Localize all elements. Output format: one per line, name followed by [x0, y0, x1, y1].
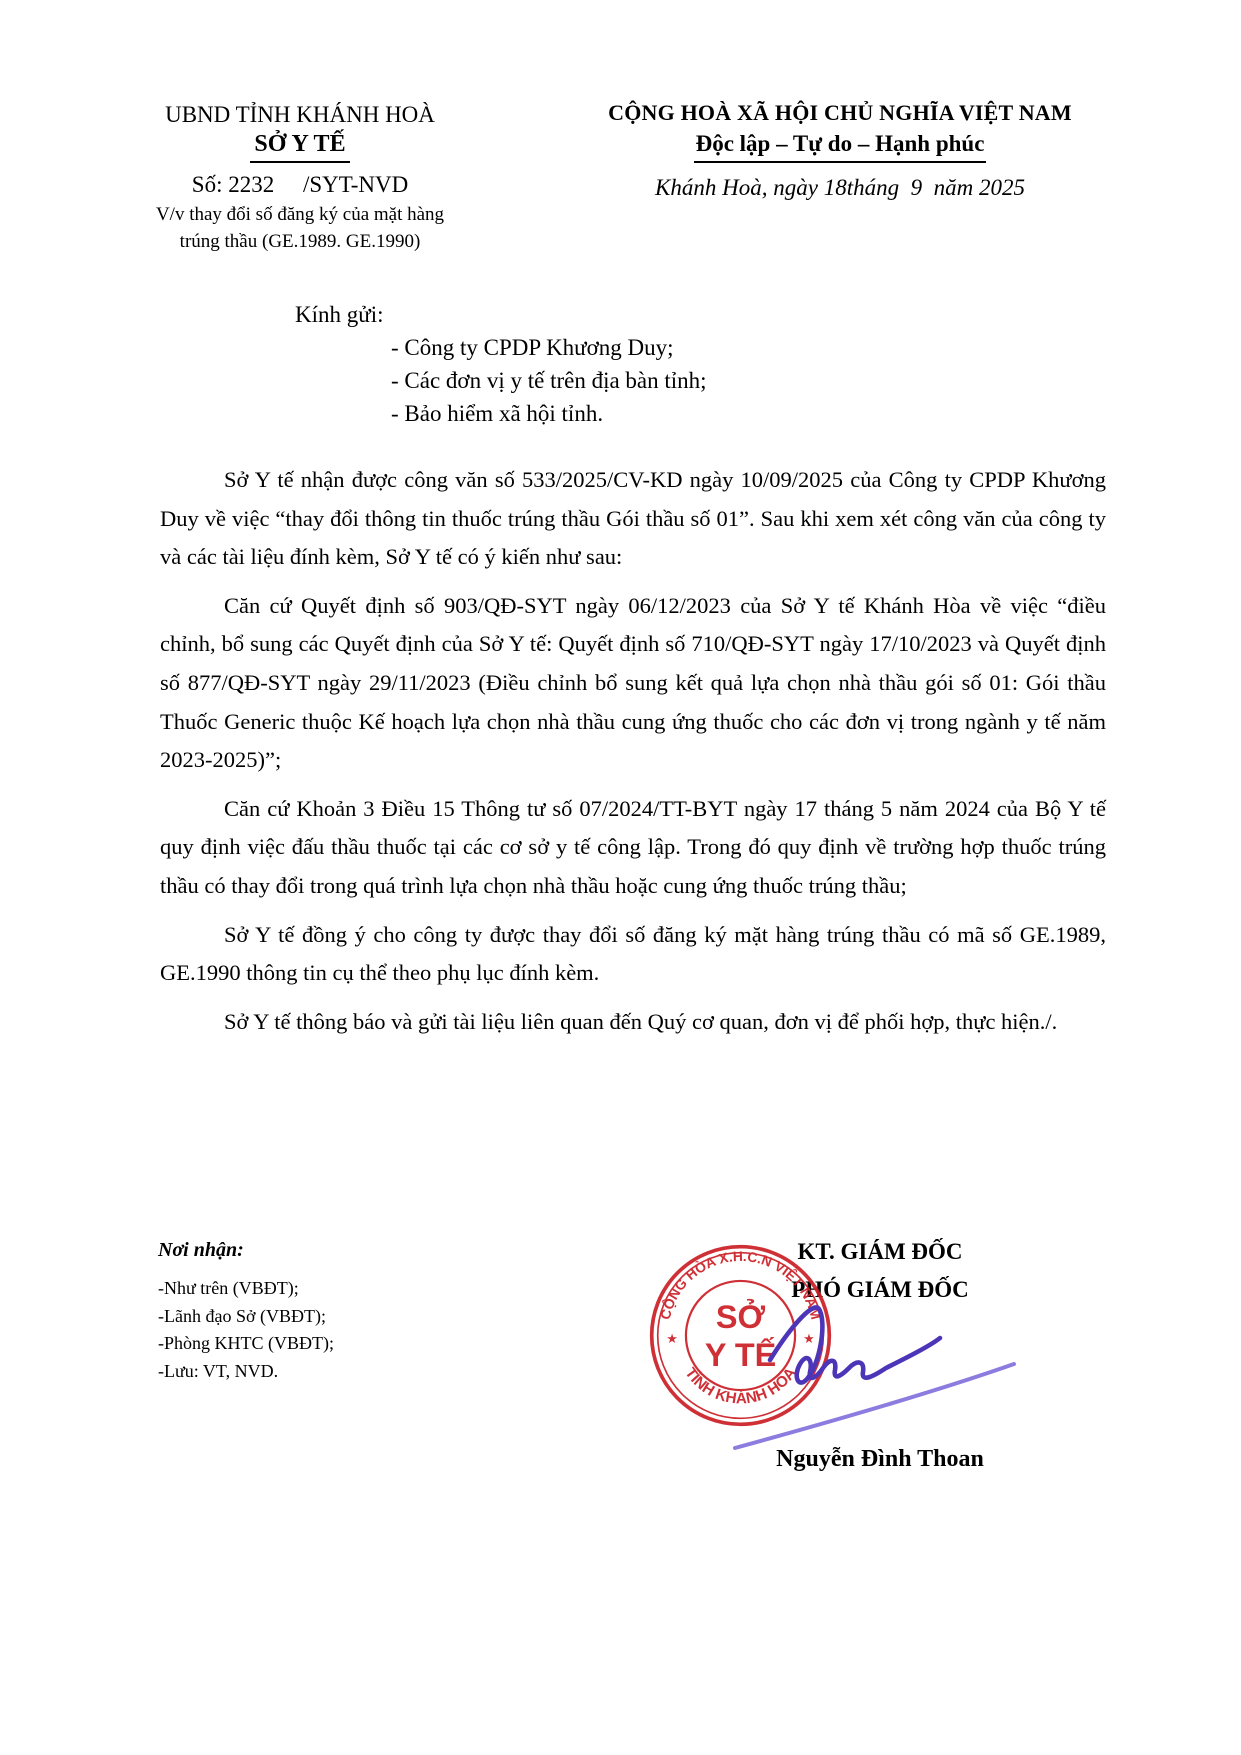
subject-line-2: trúng thầu (GE.1989. GE.1990) — [90, 228, 510, 255]
noi-nhan-item: -Như trên (VBĐT); — [158, 1275, 334, 1303]
document-number: Số: 2232 /SYT-NVD — [90, 172, 510, 198]
recipients-label: Kính gửi: — [295, 298, 707, 331]
noi-nhan-item: -Lưu: VT, NVD. — [158, 1358, 334, 1386]
issuer-parent-org: UBND TỈNH KHÁNH HOÀ — [90, 100, 510, 130]
signature-main-stroke — [770, 1308, 940, 1383]
national-header: CỘNG HOÀ XÃ HỘI CHỦ NGHĨA VIỆT NAM Độc l… — [538, 100, 1142, 201]
noi-nhan-block: Nơi nhận: -Như trên (VBĐT); -Lãnh đạo Sở… — [158, 1239, 334, 1385]
recipients-block: Kính gửi: - Công ty CPDP Khương Duy; - C… — [295, 298, 707, 430]
body-paragraph: Căn cứ Quyết định số 903/QĐ-SYT ngày 06/… — [160, 587, 1106, 780]
handwritten-signature — [640, 1280, 1200, 1480]
issuer-header: UBND TỈNH KHÁNH HOÀ SỞ Y TẾ Số: 2232 /SY… — [90, 100, 510, 255]
noi-nhan-item: -Phòng KHTC (VBĐT); — [158, 1330, 334, 1358]
recipient-item: - Các đơn vị y tế trên địa bàn tỉnh; — [391, 364, 707, 397]
letter-body: Sở Y tế nhận được công văn số 533/2025/C… — [160, 461, 1106, 1051]
body-paragraph: Sở Y tế nhận được công văn số 533/2025/C… — [160, 461, 1106, 577]
noi-nhan-label: Nơi nhận: — [158, 1239, 334, 1262]
noi-nhan-item: -Lãnh đạo Sở (VBĐT); — [158, 1303, 334, 1331]
official-letter-page: UBND TỈNH KHÁNH HOÀ SỞ Y TẾ Số: 2232 /SY… — [0, 0, 1241, 1755]
national-motto: Độc lập – Tự do – Hạnh phúc — [538, 131, 1142, 163]
recipients-list: - Công ty CPDP Khương Duy; - Các đơn vị … — [391, 331, 707, 430]
subject-line-1: V/v thay đổi số đăng ký của mặt hàng — [90, 201, 510, 228]
noi-nhan-list: -Như trên (VBĐT); -Lãnh đạo Sở (VBĐT); -… — [158, 1275, 334, 1385]
recipient-item: - Công ty CPDP Khương Duy; — [391, 331, 707, 364]
place-date-line: Khánh Hoà, ngày 18tháng 9 năm 2025 — [538, 175, 1142, 201]
body-paragraph: Căn cứ Khoản 3 Điều 15 Thông tư số 07/20… — [160, 790, 1106, 906]
issuer-dept: SỞ Y TẾ — [90, 131, 510, 163]
document-subject: V/v thay đổi số đăng ký của mặt hàng trú… — [90, 201, 510, 255]
body-paragraph: Sở Y tế đồng ý cho công ty được thay đổi… — [160, 916, 1106, 993]
national-title: CỘNG HOÀ XÃ HỘI CHỦ NGHĨA VIỆT NAM — [538, 100, 1142, 126]
body-paragraph: Sở Y tế thông báo và gửi tài liệu liên q… — [160, 1003, 1106, 1042]
recipient-item: - Bảo hiểm xã hội tỉnh. — [391, 397, 707, 430]
